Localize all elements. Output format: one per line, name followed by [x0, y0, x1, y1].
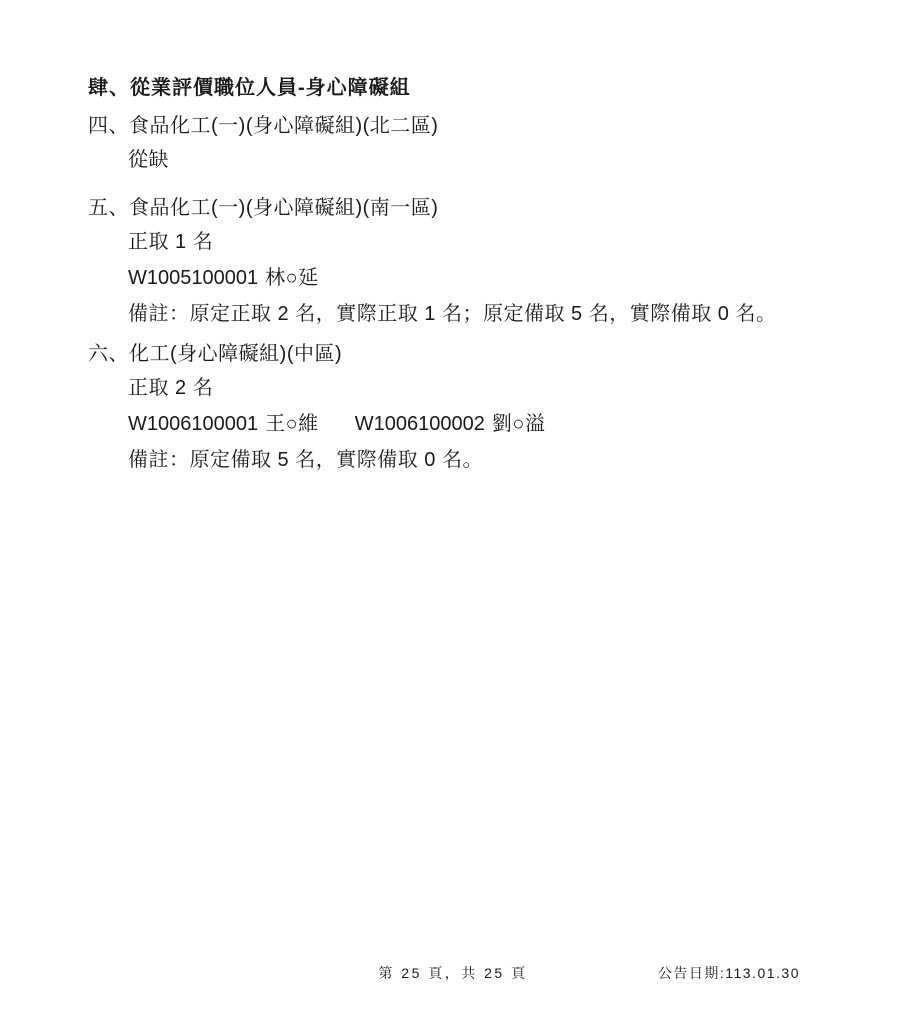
footer-announcement-date: 公告日期:113.01.30	[658, 960, 800, 986]
section-4-heading: 四、食品化工(一)(身心障礙組)(北二區)	[88, 114, 818, 138]
candidate-id: W1005100001	[128, 266, 258, 290]
page-footer: 第 25 頁，共 25 頁 公告日期:113.01.30	[0, 960, 906, 986]
candidate-name: 林○延	[265, 267, 319, 289]
document-title: 肆、從業評價職位人員-身心障礙組	[88, 76, 818, 100]
candidate-entry: W1006100002劉○溢	[355, 412, 546, 436]
document-content: 肆、從業評價職位人員-身心障礙組 四、食品化工(一)(身心障礙組)(北二區) 從…	[0, 0, 906, 472]
section-6-quota: 正取 2 名	[88, 376, 818, 400]
section-6-candidate-list: W1006100001王○維 W1006100002劉○溢	[88, 412, 818, 436]
candidate-id: W1006100001	[128, 412, 258, 436]
candidate-name: 劉○溢	[492, 413, 546, 435]
document-page: 肆、從業評價職位人員-身心障礙組 四、食品化工(一)(身心障礙組)(北二區) 從…	[0, 0, 906, 1024]
section-5: 五、食品化工(一)(身心障礙組)(南一區) 正取 1 名 W1005100001…	[88, 196, 818, 326]
section-4-result: 從缺	[88, 148, 818, 172]
section-4: 四、食品化工(一)(身心障礙組)(北二區) 從缺	[88, 114, 818, 172]
section-5-quota: 正取 1 名	[88, 230, 818, 254]
candidate-id: W1006100002	[355, 412, 485, 436]
candidate-entry: W1006100001王○維	[128, 412, 319, 436]
section-6-note: 備註：原定備取 5 名，實際備取 0 名。	[88, 448, 818, 472]
candidate-entry: W1005100001林○延	[128, 266, 319, 290]
section-6: 六、化工(身心障礙組)(中區) 正取 2 名 W1006100001王○維 W1…	[88, 342, 818, 472]
section-5-note: 備註：原定正取 2 名，實際正取 1 名；原定備取 5 名，實際備取 0 名。	[88, 302, 818, 326]
section-5-heading: 五、食品化工(一)(身心障礙組)(南一區)	[88, 196, 818, 220]
section-6-heading: 六、化工(身心障礙組)(中區)	[88, 342, 818, 366]
section-5-candidate-list: W1005100001林○延	[88, 266, 818, 290]
candidate-name: 王○維	[265, 413, 319, 435]
